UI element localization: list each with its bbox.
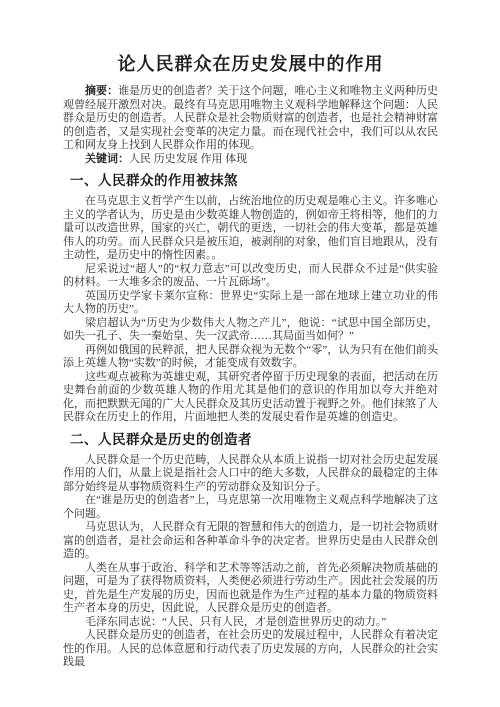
paragraph: 人民群众是历史的创造者，在社会历史的发展过程中，人民群众有着决定性的作用。人民的… (63, 629, 438, 670)
paragraph: 毛泽东同志说：“人民、只有人民，才是创造世界历史的动力。” (63, 616, 438, 630)
keywords-label: 关键词： (85, 153, 129, 165)
document-page: 论人民群众在历史发展中的作用 摘要：谁是历史的创造者？关于这个问题，唯心主义和唯… (0, 0, 500, 707)
paragraph: 人民群众是一个历史范畴，人民群众从本质上说指一切对社会历史起发展作用的人们，从量… (63, 454, 438, 495)
paragraph: 人类在从事于政治、科学和艺术等等活动之前，首先必须解决物质基础的问题，可是为了获… (63, 562, 438, 616)
section-1-heading: 一、人民群众的作用被抹煞 (70, 172, 438, 189)
page-title: 论人民群众在历史发展中的作用 (63, 52, 438, 76)
paragraph: 英国历史学家卡莱尔宣称：世界史“实际上是一部在地球上建立功业的伟大人物的历史”。 (63, 290, 438, 317)
abstract: 摘要：谁是历史的创造者？关于这个问题，唯心主义和唯物主义两种历史观曾经展开激烈对… (63, 85, 438, 153)
paragraph: 梁启超认为“历史为少数伟大人物之产儿”，他说：“试思中国全部历史，如失一孔子、失… (63, 317, 438, 344)
paragraph: 再例如俄国的民粹派，把人民群众视为无数个“零”，认为只有在他们前头添上英雄人物“… (63, 344, 438, 371)
abstract-text: 谁是历史的创造者？关于这个问题，唯心主义和唯物主义两种历史观曾经展开激烈对决。最… (63, 85, 438, 151)
keywords-text: 人民 历史发展 作用 体现 (129, 153, 247, 165)
abstract-label: 摘要： (85, 85, 118, 97)
paragraph: 尼采说过“超人”的“权力意志”可以改变历史，而人民群众不过是“供实验的材料。一大… (63, 263, 438, 290)
paragraph: 在马克思主义哲学产生以前，占统治地位的历史观是唯心主义。许多唯心主义的学者认为，… (63, 195, 438, 263)
section-2-heading: 二、人民群众是历史的创造者 (70, 431, 438, 448)
paragraph: 马克思认为，人民群众有无限的智慧和伟大的创造力，是一切社会物质财富的创造者，是社… (63, 521, 438, 562)
keywords: 关键词：人民 历史发展 作用 体现 (63, 153, 438, 167)
paragraph: 在“谁是历史的创造者”上，马克思第一次用唯物主义观点科学地解决了这个问题。 (63, 494, 438, 521)
paragraph: 这些观点被称为英雄史观，其研究者停留于历史现象的表面，把活动在历史舞台前面的少数… (63, 371, 438, 425)
